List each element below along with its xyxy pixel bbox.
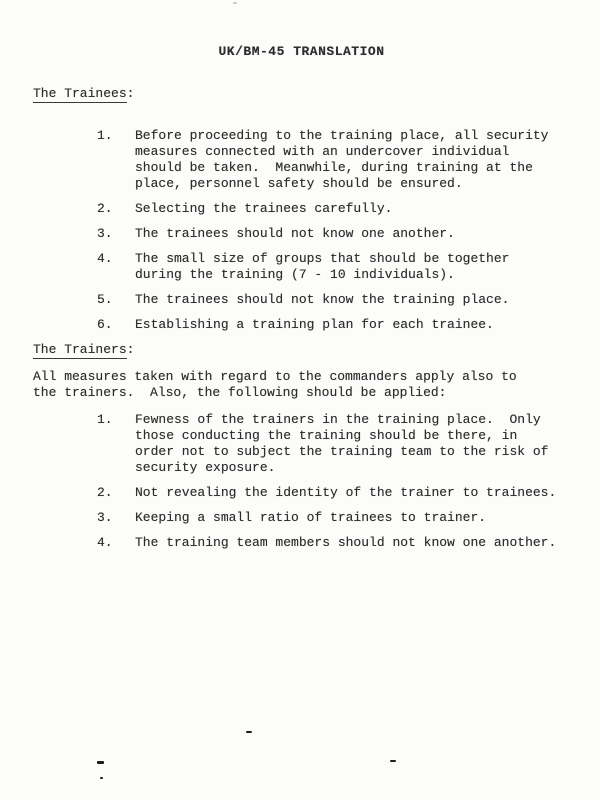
item-number: 5. bbox=[97, 292, 135, 308]
list-item: 3. The trainees should not know one anot… bbox=[33, 226, 570, 242]
trainees-list: 1. Before proceeding to the training pla… bbox=[33, 128, 570, 333]
trainers-intro-paragraph: All measures taken with regard to the co… bbox=[33, 369, 570, 401]
item-text: The small size of groups that should be … bbox=[135, 251, 509, 283]
item-number: 1. bbox=[97, 128, 135, 144]
list-item: 5. The trainees should not know the trai… bbox=[33, 292, 570, 308]
item-text: Before proceeding to the training place,… bbox=[135, 128, 548, 192]
section-heading-trainers: The Trainers: bbox=[33, 342, 570, 358]
scan-artifact-mark bbox=[100, 777, 103, 779]
item-text: Establishing a training plan for each tr… bbox=[135, 317, 494, 333]
item-number: 1. bbox=[97, 412, 135, 428]
list-item: 2. Selecting the trainees carefully. bbox=[33, 201, 570, 217]
item-number: 3. bbox=[97, 226, 135, 242]
item-number: 6. bbox=[97, 317, 135, 333]
list-item: 4. The small size of groups that should … bbox=[33, 251, 570, 283]
trainers-list: 1. Fewness of the trainers in the traini… bbox=[33, 412, 570, 551]
section-heading-colon: : bbox=[127, 86, 135, 101]
item-number: 3. bbox=[97, 510, 135, 526]
item-text: Fewness of the trainers in the training … bbox=[135, 412, 548, 476]
item-number: 4. bbox=[97, 535, 135, 551]
list-item: 3. Keeping a small ratio of trainees to … bbox=[33, 510, 570, 526]
list-item: 6. Establishing a training plan for each… bbox=[33, 317, 570, 333]
section-heading-label: The Trainers bbox=[33, 342, 127, 359]
item-text: The training team members should not kno… bbox=[135, 535, 556, 551]
scan-artifact-mark bbox=[233, 2, 237, 4]
scan-artifact-mark bbox=[97, 761, 104, 764]
scan-artifact-mark bbox=[246, 731, 252, 733]
section-heading-colon: : bbox=[127, 342, 135, 357]
page-title: UK/BM-45 TRANSLATION bbox=[33, 44, 570, 60]
item-number: 4. bbox=[97, 251, 135, 267]
item-text: The trainees should not know the trainin… bbox=[135, 292, 509, 308]
list-item: 2. Not revealing the identity of the tra… bbox=[33, 485, 570, 501]
scan-artifact-mark bbox=[390, 760, 396, 762]
item-text: Keeping a small ratio of trainees to tra… bbox=[135, 510, 486, 526]
section-trainees: The Trainees: 1. Before proceeding to th… bbox=[33, 86, 570, 333]
section-heading-label: The Trainees bbox=[33, 86, 127, 103]
item-number: 2. bbox=[97, 201, 135, 217]
section-trainers: The Trainers: All measures taken with re… bbox=[33, 342, 570, 551]
document-page: UK/BM-45 TRANSLATION The Trainees: 1. Be… bbox=[0, 0, 600, 551]
item-text: The trainees should not know one another… bbox=[135, 226, 455, 242]
item-number: 2. bbox=[97, 485, 135, 501]
item-text: Selecting the trainees carefully. bbox=[135, 201, 392, 217]
list-item: 4. The training team members should not … bbox=[33, 535, 570, 551]
list-item: 1. Before proceeding to the training pla… bbox=[33, 128, 570, 192]
list-item: 1. Fewness of the trainers in the traini… bbox=[33, 412, 570, 476]
section-heading-trainees: The Trainees: bbox=[33, 86, 570, 102]
item-text: Not revealing the identity of the traine… bbox=[135, 485, 556, 501]
